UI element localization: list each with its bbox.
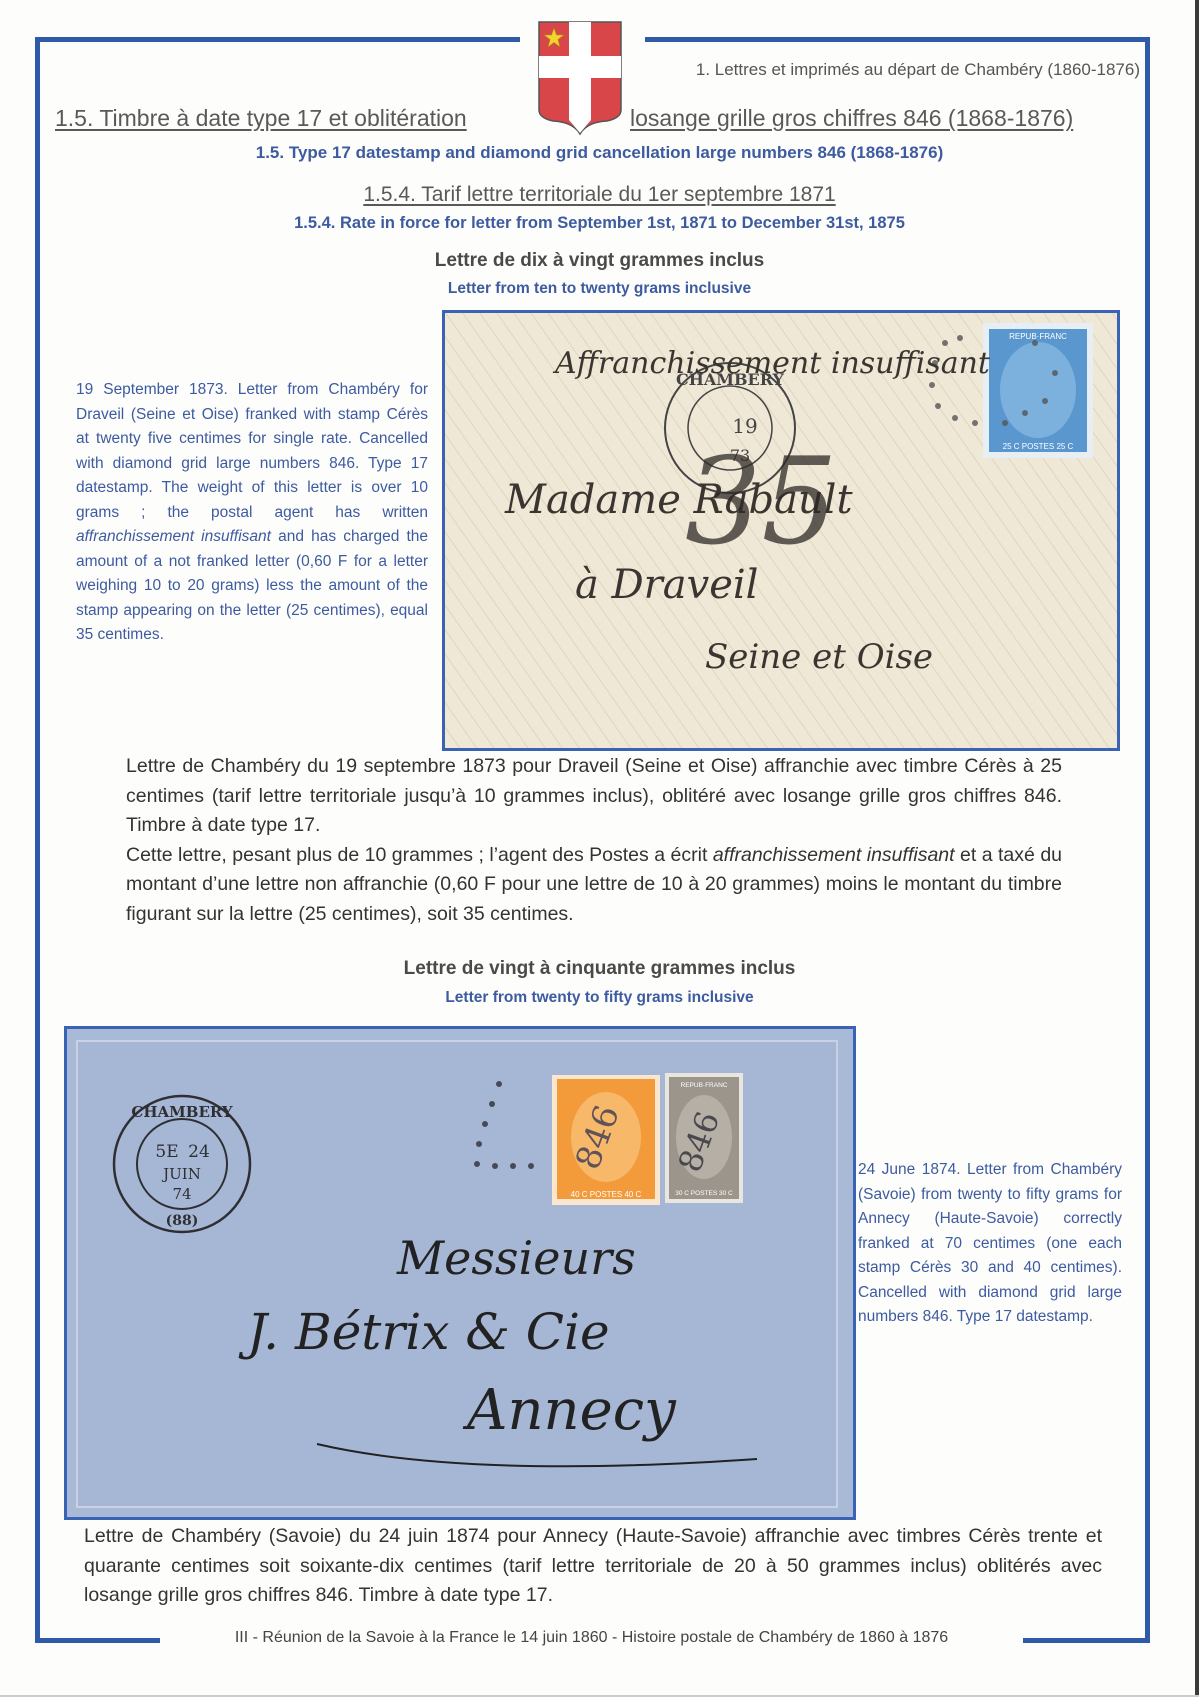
series-title: 1. Lettres et imprimés au départ de Cham…: [650, 60, 1140, 80]
svg-text:74: 74: [172, 1185, 191, 1203]
section-title-en: 1.5.4. Rate in force for letter from Sep…: [0, 214, 1199, 233]
svg-text:Seine et Oise: Seine et Oise: [705, 637, 933, 677]
svg-text:Annecy: Annecy: [462, 1378, 677, 1443]
svg-text:40 C POSTES 40 C: 40 C POSTES 40 C: [571, 1190, 642, 1199]
svg-text:25 C POSTES 25 C: 25 C POSTES 25 C: [1003, 442, 1074, 451]
svg-text:Messieurs: Messieurs: [396, 1231, 636, 1285]
frame-border-right: [1145, 37, 1150, 1643]
frame-border-top-right: [645, 37, 1150, 42]
svg-text:5E: 5E: [155, 1142, 178, 1162]
page-title-en: 1.5. Type 17 datestamp and diamond grid …: [0, 143, 1199, 163]
item2-heading-fr: Lettre de vingt à cinquante grammes incl…: [0, 958, 1199, 980]
frame-border-left: [35, 37, 40, 1643]
page-footer: III - Réunion de la Savoie à la France l…: [160, 1629, 1023, 1647]
item1-body-fr-paragraph2: Cette lettre, pesant plus de 10 grammes …: [126, 841, 1062, 930]
frame-border-top-left: [35, 37, 520, 42]
page-title-fr-part2: losange grille gros chiffres 846 (1868-1…: [630, 105, 1073, 132]
envelope-1873-draveil: REPUB·FRANC 25 C POSTES 25 C CHAMBERY 19…: [442, 310, 1120, 751]
envelope-1873-illustration: REPUB·FRANC 25 C POSTES 25 C CHAMBERY 19…: [445, 313, 1117, 748]
item1-heading-en: Letter from ten to twenty grams inclusiv…: [0, 280, 1199, 298]
svg-text:30 C POSTES 30 C: 30 C POSTES 30 C: [675, 1190, 733, 1197]
ceres-25c-stamp-icon: REPUB·FRANC 25 C POSTES 25 C: [983, 323, 1093, 458]
ceres-40c-stamp-icon: 40 C POSTES 40 C 846: [552, 1075, 660, 1205]
savoy-coat-of-arms-icon: [535, 18, 625, 136]
svg-text:REPUB·FRANC: REPUB·FRANC: [681, 1082, 728, 1089]
item1-heading-fr: Lettre de dix à vingt grammes inclus: [0, 250, 1199, 272]
svg-text:CHAMBERY: CHAMBERY: [131, 1103, 232, 1121]
ceres-30c-stamp-icon: REPUB·FRANC 30 C POSTES 30 C 846: [665, 1073, 743, 1203]
item2-heading-en: Letter from twenty to fifty grams inclus…: [0, 989, 1199, 1007]
envelope-1874-illustration: CHAMBERY 5E 24 JUIN 74 (88) 40 C POSTES …: [67, 1029, 853, 1517]
svg-text:Affranchissement insuffisant: Affranchissement insuffisant: [552, 346, 991, 381]
page-title-fr-part1: 1.5. Timbre à date type 17 et oblitérati…: [55, 105, 467, 132]
item2-description-en: 24 June 1874. Letter from Chambéry (Savo…: [858, 1158, 1122, 1330]
svg-text:35: 35: [685, 433, 838, 572]
item1-description-en: 19 September 1873. Letter from Chambéry …: [76, 378, 428, 648]
svg-text:JUIN: JUIN: [161, 1165, 201, 1183]
item1-body-fr: Lettre de Chambéry du 19 septembre 1873 …: [126, 752, 1062, 929]
frame-border-bottom-right: [1023, 1638, 1150, 1643]
svg-text:REPUB·FRANC: REPUB·FRANC: [1009, 332, 1067, 341]
svg-text:24: 24: [188, 1142, 210, 1162]
item2-body-fr: Lettre de Chambéry (Savoie) du 24 juin 1…: [84, 1522, 1102, 1611]
item1-body-fr-paragraph1: Lettre de Chambéry du 19 septembre 1873 …: [126, 752, 1062, 841]
svg-text:J. Bétrix & Cie: J. Bétrix & Cie: [238, 1303, 610, 1361]
section-title-fr: 1.5.4. Tarif lettre territoriale du 1er …: [0, 183, 1199, 207]
envelope-1874-annecy: CHAMBERY 5E 24 JUIN 74 (88) 40 C POSTES …: [64, 1026, 856, 1520]
svg-text:(88): (88): [166, 1213, 199, 1229]
frame-border-bottom-left: [35, 1638, 160, 1643]
